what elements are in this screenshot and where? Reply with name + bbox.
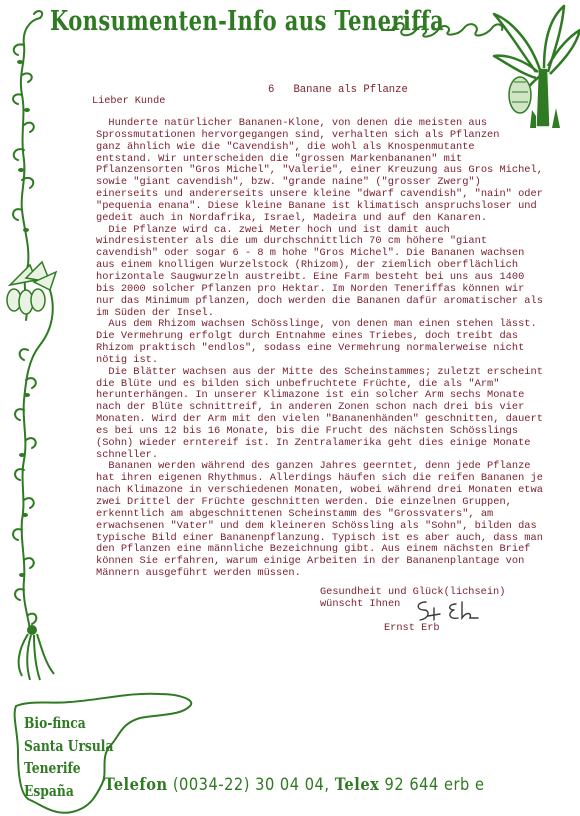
telex-number: 92 644 erb e bbox=[385, 775, 485, 795]
body-line: (Sohn) wieder erntereif ist. In Zentrala… bbox=[96, 438, 566, 450]
body-line: erwachsenen "Vater" und dem kleineren Sc… bbox=[96, 521, 566, 533]
letter-number: 6 bbox=[268, 84, 274, 96]
body-line: "pequenia enana". Diese kleine Banane is… bbox=[96, 201, 566, 213]
address-line: Bio-finca bbox=[24, 712, 113, 735]
address-line: Tenerife bbox=[24, 757, 113, 780]
letter-body: Hunderte natürlicher Bananen-Klone, von … bbox=[96, 118, 566, 580]
salutation: Lieber Kunde bbox=[92, 96, 165, 107]
body-line: ganz ähnlich wie die "Cavendish", die wo… bbox=[96, 142, 566, 154]
address-line: España bbox=[24, 780, 113, 803]
body-line: nötig ist. bbox=[96, 355, 566, 367]
body-line: Männern ausgeführt werden müssen. bbox=[96, 568, 566, 580]
phone-label: Telefon bbox=[104, 775, 168, 795]
address-line: Santa Ursula bbox=[24, 735, 113, 758]
contact-line: Telefon (0034-22) 30 04 04, Telex 92 644… bbox=[104, 775, 484, 795]
letter-subject-title: Banane als Pflanze bbox=[293, 84, 407, 96]
vine-border-decoration bbox=[0, 0, 70, 700]
body-line: Die Blätter wachsen aus der Mitte des Sc… bbox=[96, 367, 566, 379]
body-line: nur das Minimum pflanzen, doch werden di… bbox=[96, 296, 566, 308]
farm-address: Bio-finca Santa Ursula Tenerife España bbox=[24, 712, 113, 802]
handwritten-signature bbox=[412, 598, 482, 624]
letter-subject: 6 Banane als Pflanze bbox=[268, 84, 408, 96]
body-line: es bei uns 12 bis 16 Monate, bis die Fru… bbox=[96, 426, 566, 438]
telex-label: Telex bbox=[335, 775, 380, 795]
body-line: bis 2000 solcher Pflanzen pro Hektar. Im… bbox=[96, 284, 566, 296]
body-line: Sprossmutationen hervorgegangen sind, ve… bbox=[96, 130, 566, 142]
body-line: gedeit auch in Nordafrika, Israel, Madei… bbox=[96, 213, 566, 225]
closing-line-1: Gesundheit und Glück(lichsein) bbox=[320, 586, 505, 598]
phone-number: (0034-22) 30 04 04, bbox=[173, 775, 330, 795]
body-line: erkenntlich am abgeschnittenen Scheinsta… bbox=[96, 509, 566, 521]
signer-name: Ernst Erb bbox=[384, 622, 440, 634]
body-line: Rhizom praktisch "endlos", sodass eine V… bbox=[96, 343, 566, 355]
banana-tree-illustration bbox=[490, 0, 580, 130]
